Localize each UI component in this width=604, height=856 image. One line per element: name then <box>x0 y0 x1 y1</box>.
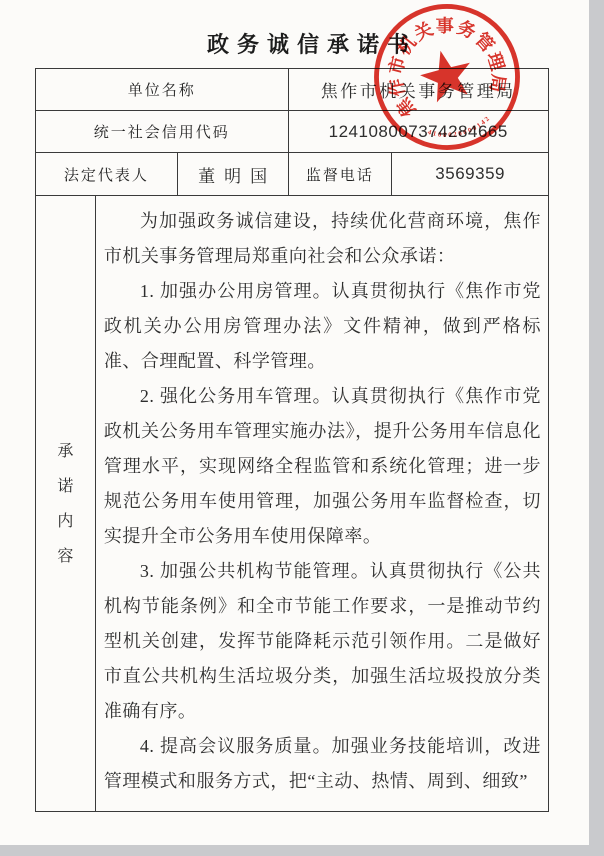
document-title: 政务诚信承诺书 <box>55 28 569 59</box>
content-row: 承诺内容 为加强政务诚信建设，持续优化营商环境，焦作市机关事务管理局郑重向社会和… <box>36 196 548 811</box>
commitment-paragraph: 4. 提高会议服务质量。加强业务技能培训，改进管理模式和服务方式，把“主动、热情… <box>104 729 541 799</box>
content-label: 承诺内容 <box>36 196 96 811</box>
legal-rep-label: 法定代表人 <box>36 153 178 196</box>
commitment-paragraph: 3. 加强公共机构节能管理。认真贯彻执行《公共机构节能条例》和全市节能工作要求，… <box>104 554 541 729</box>
unit-name-value: 焦作市机关事务管理局 <box>289 69 548 111</box>
scanned-paper: 政务诚信承诺书 单位名称 焦作市机关事务管理局 统一社会信用代码 1241080… <box>0 0 589 845</box>
scan-background-right <box>589 0 604 856</box>
unit-name-label: 单位名称 <box>36 69 289 111</box>
unit-name-row: 单位名称 焦作市机关事务管理局 <box>36 69 548 111</box>
commitment-paragraph: 2. 强化公务用车管理。认真贯彻执行《焦作市党政机关公务用车管理实施办法》，提升… <box>104 379 541 554</box>
content-label-char: 诺 <box>57 469 73 504</box>
content-label-char: 承 <box>57 434 73 469</box>
phone-label: 监督电话 <box>289 153 393 196</box>
content-label-char: 内 <box>57 504 73 539</box>
credit-code-row: 统一社会信用代码 124108007374284665 <box>36 111 548 153</box>
content-label-char: 容 <box>57 539 73 574</box>
phone-value: 3569359 <box>392 153 548 196</box>
commitment-paragraph: 为加强政务诚信建设，持续优化营商环境，焦作市机关事务管理局郑重向社会和公众承诺： <box>104 204 541 274</box>
legal-rep-value: 董明国 <box>178 153 289 196</box>
scan-background-bottom <box>0 845 604 856</box>
credit-code-label: 统一社会信用代码 <box>36 111 289 153</box>
legal-rep-row: 法定代表人 董明国 监督电话 3569359 <box>36 153 548 196</box>
commitment-paragraphs: 为加强政务诚信建设，持续优化营商环境，焦作市机关事务管理局郑重向社会和公众承诺：… <box>96 196 548 811</box>
commitment-form-table: 单位名称 焦作市机关事务管理局 统一社会信用代码 124108007374284… <box>35 68 549 812</box>
commitment-paragraph: 1. 加强办公用房管理。认真贯彻执行《焦作市党政机关办公用房管理办法》文件精神，… <box>104 274 541 379</box>
credit-code-value: 124108007374284665 <box>289 111 548 153</box>
